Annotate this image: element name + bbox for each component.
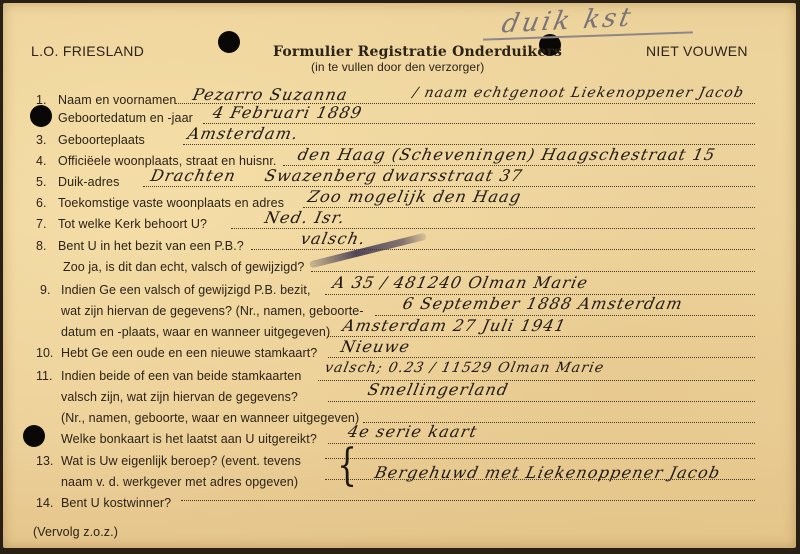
field-9-number: 9.	[40, 283, 50, 297]
field-3-label: Geboorteplaats	[58, 133, 145, 147]
field-14-line	[181, 500, 755, 501]
field-11-label-2: valsch zijn, wat zijn hiervan de gegeven…	[61, 390, 298, 404]
punch-hole-left-lower	[23, 425, 45, 447]
do-not-fold-notice: NIET VOUWEN	[646, 43, 748, 59]
field-8-sublabel: Zoo ja, is dit dan echt, valsch of gewij…	[63, 260, 304, 274]
field-3-value: Amsterdam.	[186, 124, 301, 143]
field-8-number: 8.	[36, 239, 46, 253]
field-9-label-2: wat zijn hiervan de gegevens? (Nr., name…	[61, 304, 364, 318]
field-1-number: 1.	[36, 93, 46, 107]
field-1-value: Pezarro Suzanna	[191, 85, 350, 104]
continued-overleaf-note: (Vervolg z.o.z.)	[33, 525, 118, 539]
field-2-label: Geboortedatum en -jaar	[58, 111, 193, 125]
field-6-value: Zoo mogelijk den Haag	[306, 187, 524, 206]
form-title: Formulier Registratie Onderduikers	[273, 44, 562, 60]
punch-hole-left-upper	[30, 105, 52, 127]
org-name: L.O. FRIESLAND	[31, 43, 144, 59]
field-9-label: Indien Ge een valsch of gewijzigd P.B. b…	[61, 283, 311, 297]
field-4-value: den Haag (Scheveningen) Haagschestraat 1…	[296, 145, 718, 164]
field-4-number: 4.	[36, 154, 46, 168]
field-8-line	[251, 249, 755, 250]
field-3-number: 3.	[36, 133, 46, 147]
field-13-number: 13.	[36, 454, 53, 468]
field-13-label: Wat is Uw eigenlijk beroep? (event. teve…	[61, 454, 301, 468]
field-7-label: Tot welke Kerk behoort U?	[58, 217, 207, 231]
field-10-number: 10.	[36, 346, 53, 360]
field-9-value-1: A 35 / 481240 Olman Marie	[331, 273, 590, 292]
field-8-value: valsch.	[299, 229, 368, 248]
field-1-label: Naam en voornamen	[58, 93, 176, 107]
field-5-number: 5.	[36, 175, 46, 189]
field-9-value-2: 6 September 1888 Amsterdam	[401, 294, 685, 313]
field-10-line	[328, 357, 755, 358]
field-6-line	[303, 207, 755, 208]
field-8-sub-line	[311, 271, 755, 272]
field-10-label: Hebt Ge een oude en een nieuwe stamkaart…	[61, 346, 317, 360]
field-6-label: Toekomstige vaste woonplaats en adres	[58, 196, 284, 210]
field-10-value: Nieuwe	[339, 337, 412, 356]
field-11-label-3: (Nr., namen, geboorte, waar en wanneer u…	[61, 411, 359, 425]
field-9-value-3: Amsterdam 27 Juli 1941	[341, 316, 568, 335]
field-14-number: 14.	[36, 496, 53, 510]
field-11-label: Indien beide of een van beide stamkaarte…	[61, 369, 301, 383]
field-11-number: 11.	[36, 369, 52, 383]
field-6-number: 6.	[36, 196, 46, 210]
field-12-line	[328, 443, 755, 444]
field-1-value-spouse: / naam echtgenoot Liekenoppener Jacob	[411, 85, 745, 101]
field-7-value: Ned. Isr.	[263, 208, 347, 227]
field-12-label: Welke bonkaart is het laatst aan U uitge…	[61, 432, 317, 446]
field-5-value-address: Swazenberg dwarsstraat 37	[263, 166, 525, 185]
punch-hole-top-left	[218, 31, 240, 53]
form-subtitle: (in te vullen door den verzorger)	[311, 60, 484, 74]
field-13-line-1	[325, 458, 755, 459]
field-5-label: Duik-adres	[58, 175, 119, 189]
field-2-value: 4 Februari 1889	[211, 103, 364, 122]
field-11-value-2: Smellingerland	[366, 380, 511, 399]
registration-form-card: L.O. FRIESLAND Formulier Registratie Ond…	[3, 3, 796, 548]
field-5-value: Drachten	[149, 166, 238, 185]
field-12-value: 4e serie kaart	[346, 422, 479, 441]
curly-brace-mark: {	[337, 444, 357, 488]
field-9-label-3: datum en -plaats, waar en wanneer uitgeg…	[61, 325, 330, 339]
field-7-number: 7.	[36, 217, 46, 231]
field-13-label-2: naam v. d. werkgever met adres opgeven)	[61, 475, 298, 489]
field-11-line-2	[328, 401, 755, 402]
field-14-label: Bent U kostwinner?	[61, 496, 171, 510]
field-13-value: Bergehuwd met Liekenoppener Jacob	[373, 463, 723, 482]
field-8-label: Bent U in het bezit van een P.B.?	[58, 239, 244, 253]
field-11-value-1: valsch; 0.23 / 11529 Olman Marie	[323, 360, 606, 376]
